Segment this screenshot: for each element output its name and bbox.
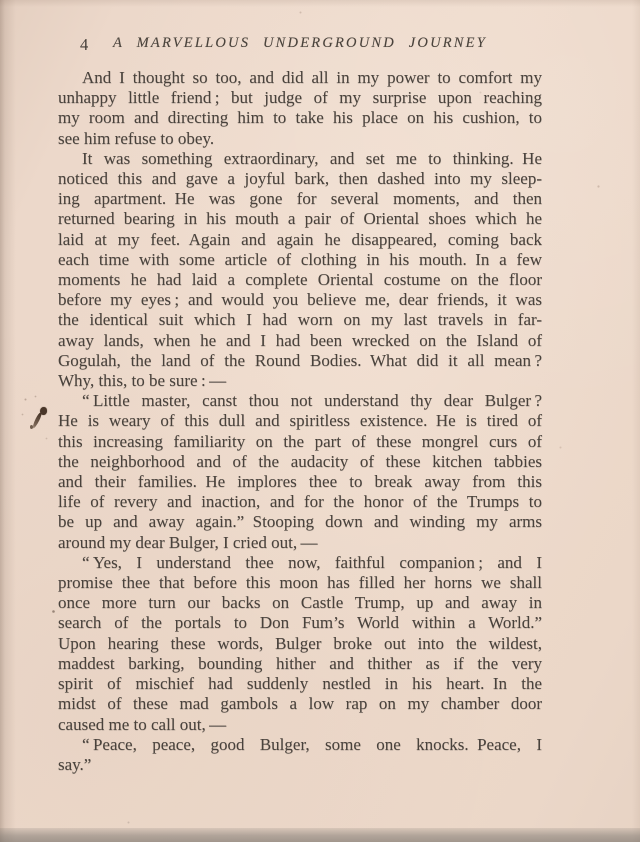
text-line: say.” [58,755,542,775]
text-line: search of the portals to Don Fum’s World… [58,613,542,633]
page-right-edge-shadow [632,0,640,842]
text-line: maddest barking, bounding hither and thi… [58,654,542,674]
ink-blot-tail [31,412,42,429]
text-line: away lands, when he and I had been wreck… [58,331,542,351]
text-line: spirit of mischief had suddenly nestled … [58,674,542,694]
text-line: returned bearing in his mouth a pair of … [58,209,542,229]
text-line: and their families. He implores thee to … [58,472,542,492]
book-page-scan: 4 A MARVELLOUS UNDERGROUND JOURNEY And I… [0,0,640,842]
text-line: Gogulah, the land of the Round Bodies. W… [58,351,542,371]
paper-specks [0,0,1,1]
text-line: the identical suit which I had worn on m… [58,310,542,330]
text-line: this increasing familiarity on the part … [58,432,542,452]
page-top-edge-shadow [0,0,640,7]
paragraph: It was something extraordinary, and set … [58,149,542,391]
paragraph: And I thought so too, and did all in my … [58,68,542,149]
text-line: life of revery and inaction, and for the… [58,492,542,512]
page-number: 4 [80,35,88,55]
text-line: my room and directing him to take his pl… [58,108,542,128]
text-line: each time with some article of clothing … [58,250,542,270]
running-header-title: A MARVELLOUS UNDERGROUND JOURNEY [113,35,487,51]
text-line: “ Peace, peace, good Bulger, some one kn… [58,735,542,755]
text-line: noticed this and gave a joyful bark, the… [58,169,542,189]
paragraph: “ Peace, peace, good Bulger, some one kn… [58,735,542,775]
page-bottom-scan-band [0,828,640,842]
text-line: midst of these mad gambols a low rap on … [58,694,542,714]
text-line: moments he had laid a complete Oriental … [58,270,542,290]
text-line: Upon hearing these words, Bulger broke o… [58,634,542,654]
ink-blot-dot [30,425,33,429]
text-line: be up and away again.” Stooping down and… [58,512,542,532]
text-line: promise thee that before this moon has f… [58,573,542,593]
text-line: He is weary of this dull and spiritless … [58,411,542,431]
text-line: “ Yes, I understand thee now, faithful c… [58,553,542,573]
text-line: caused me to call out, — [58,715,542,735]
paragraph: “ Little master, canst thou not understa… [58,391,542,553]
text-line: Why, this, to be sure : — [58,371,542,391]
text-line: see him refuse to obey. [58,129,542,149]
text-line: before my eyes ; and would you believe m… [58,290,542,310]
page-header: 4 A MARVELLOUS UNDERGROUND JOURNEY [58,34,542,54]
text-line: once more turn our backs on Castle Trump… [58,593,542,613]
text-line: the neighborhood and of the audacity of … [58,452,542,472]
text-line: unhappy little friend ; but judge of my … [58,88,542,108]
text-line: around my dear Bulger, I cried out, — [58,533,542,553]
body-text-block: And I thought so too, and did all in my … [58,68,542,775]
page-left-edge-shadow [0,0,16,842]
ink-blot-mark [28,402,60,440]
paragraph: “ Yes, I understand thee now, faithful c… [58,553,542,735]
text-line: “ Little master, canst thou not understa… [58,391,542,411]
text-line: laid at my feet. Again and again he disa… [58,230,542,250]
text-line: And I thought so too, and did all in my … [58,68,542,88]
text-line: ing apartment. He was gone for several m… [58,189,542,209]
ink-blot-head [40,407,47,415]
text-line: It was something extraordinary, and set … [58,149,542,169]
